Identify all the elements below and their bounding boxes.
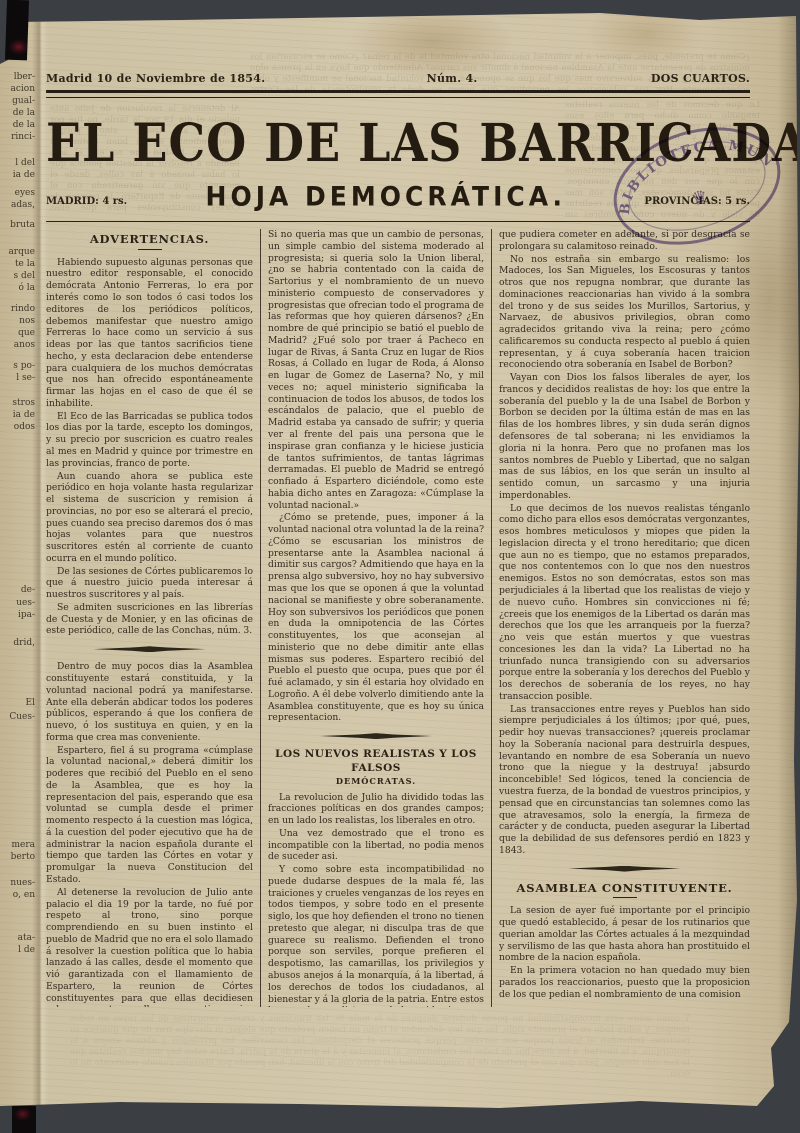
fragment-text: ipa- xyxy=(18,610,35,620)
fragment-text: l del xyxy=(15,158,35,168)
paragraph: En la primera votacion no han quedado mu… xyxy=(499,965,750,1000)
heading-rule xyxy=(138,249,162,250)
fragment-text: rinci- xyxy=(11,132,35,142)
paragraph: Y como sobre esta incompatibilidad no pu… xyxy=(268,864,484,1007)
fragment-text: Cues- xyxy=(9,712,35,722)
fragment-text: nos xyxy=(19,316,35,326)
paragraph: ¿Cómo se pretende, pues, imponer á la vo… xyxy=(268,512,484,724)
article-columns: ADVERTENCIAS. Habiendo supuesto algunas … xyxy=(46,229,750,1007)
paragraph: que pudiera cometer en adelante, si por … xyxy=(499,229,750,253)
fragment-text: rindo xyxy=(11,304,35,314)
paragraph: El Eco de las Barricadas se publica todo… xyxy=(46,411,253,470)
paragraph: Vayan con Dios los falsos liberales de a… xyxy=(499,372,750,501)
binding-tape-top xyxy=(5,0,29,60)
fragment-text: odos xyxy=(14,422,35,432)
paragraph: De las sesiones de Córtes publicaremos l… xyxy=(46,566,253,601)
fragment-text: l se- xyxy=(16,373,35,383)
fragment-text: anos xyxy=(14,340,35,350)
column-2: Si no queria mas que un cambio de person… xyxy=(260,229,491,1007)
fragment-text: acion xyxy=(11,84,36,94)
paragraph: Si no queria mas que un cambio de person… xyxy=(268,229,484,511)
section-heading-advertencias: ADVERTENCIAS. xyxy=(46,232,253,247)
fragment-text: berto xyxy=(11,852,35,862)
fragment-text: s del xyxy=(14,271,35,281)
fragment-text: lber- xyxy=(14,72,35,82)
section-subheading: DEMÓCRATAS. xyxy=(268,776,484,787)
fragment-text: gual- xyxy=(12,96,35,106)
fragment-text: o, en xyxy=(13,890,35,900)
showthrough-text: Y como sobre esta incompatibilidad no pu… xyxy=(70,1014,690,1094)
fragment-text: bruta xyxy=(10,220,35,230)
double-rule xyxy=(46,90,750,98)
fragment-text: ues- xyxy=(16,598,35,608)
fragment-text: s po- xyxy=(13,361,35,371)
subtitle-row: MADRID: 4 rs. HOJA DEMOCRÁTICA. PROVINCI… xyxy=(46,182,750,211)
price-provinces: PROVINCIAS: 5 rs. xyxy=(644,196,750,211)
fragment-text: eyes xyxy=(15,188,35,198)
fragment-text: mera xyxy=(11,840,35,850)
heading-rule xyxy=(613,897,637,898)
paragraph: Se admiten suscriciones en las librerías… xyxy=(46,602,253,637)
newspaper-subtitle: HOJA DEMOCRÁTICA. xyxy=(206,181,567,211)
paragraph: Las transacciones entre reyes y Pueblos … xyxy=(499,704,750,857)
divider-ornament xyxy=(320,733,432,739)
paragraph: Dentro de muy pocos dias la Asamblea con… xyxy=(46,661,253,743)
paragraph: Habiendo supuesto algunas personas que n… xyxy=(46,257,253,410)
thin-rule xyxy=(46,221,750,222)
fragment-text: te la xyxy=(15,259,35,269)
edition-date: Madrid 10 de Noviembre de 1854. xyxy=(46,72,265,85)
fragment-text: ata- xyxy=(18,933,35,943)
fragment-text: ó la xyxy=(18,283,35,293)
column-3: que pudiera cometer en adelante, si por … xyxy=(491,229,750,1007)
paragraph: Espartero, fiel á su programa «cúmplase … xyxy=(46,745,253,886)
paragraph: Una vez demostrado que el trono es incom… xyxy=(268,828,484,863)
newspaper-title: EL ECO DE LAS BARRICADAS. xyxy=(46,112,750,174)
binding-tape-bottom xyxy=(12,1106,36,1133)
adjacent-page-fragments: lber- acion gual- de la de la rinci- l d… xyxy=(0,0,40,1133)
fragment-text: que xyxy=(18,328,35,338)
paragraph: La revolucion de Julio ha dividido todas… xyxy=(268,792,484,827)
paragraph: Lo que decimos de los nuevos realistas t… xyxy=(499,503,750,703)
fragment-text: stros xyxy=(12,398,35,408)
fragment-text: l de xyxy=(18,945,35,955)
paragraph: La sesion de ayer fué importante por el … xyxy=(499,905,750,964)
fragment-text: de- xyxy=(21,585,35,595)
fragment-text: ia de xyxy=(13,410,35,420)
fragment-text: El xyxy=(26,698,35,708)
fragment-text: ia de xyxy=(13,170,35,180)
fragment-text: nues- xyxy=(10,878,35,888)
paragraph: Aun cuando ahora se publica este periódi… xyxy=(46,471,253,565)
paragraph: Al detenerse la revolucion de Julio ante… xyxy=(46,887,253,1007)
printed-area: Madrid 10 de Noviembre de 1854. Núm. 4. … xyxy=(46,20,750,1007)
column-1: ADVERTENCIAS. Habiendo supuesto algunas … xyxy=(46,229,260,1007)
section-heading-asamblea: ASAMBLEA CONSTITUYENTE. xyxy=(499,881,750,896)
divider-ornament xyxy=(569,866,681,872)
fragment-text: drid, xyxy=(13,638,35,648)
fragment-text: adas, xyxy=(11,200,35,210)
fragment-text: de la xyxy=(13,120,35,130)
price-header: DOS CUARTOS. xyxy=(651,72,750,85)
section-heading-realistas: LOS NUEVOS REALISTAS Y LOS FALSOS xyxy=(268,748,484,775)
divider-ornament xyxy=(94,646,206,652)
issue-number: Núm. 4. xyxy=(427,72,478,85)
price-madrid: MADRID: 4 rs. xyxy=(46,196,127,211)
fragment-text: de la xyxy=(13,108,35,118)
edition-line: Madrid 10 de Noviembre de 1854. Núm. 4. … xyxy=(46,72,750,85)
fragment-text: arque xyxy=(8,247,35,257)
newspaper-page-scan: ¿Cómo se pretende, pues, imponer á la vo… xyxy=(0,0,800,1133)
paragraph: No nos estraña sin embargo su realismo: … xyxy=(499,254,750,372)
